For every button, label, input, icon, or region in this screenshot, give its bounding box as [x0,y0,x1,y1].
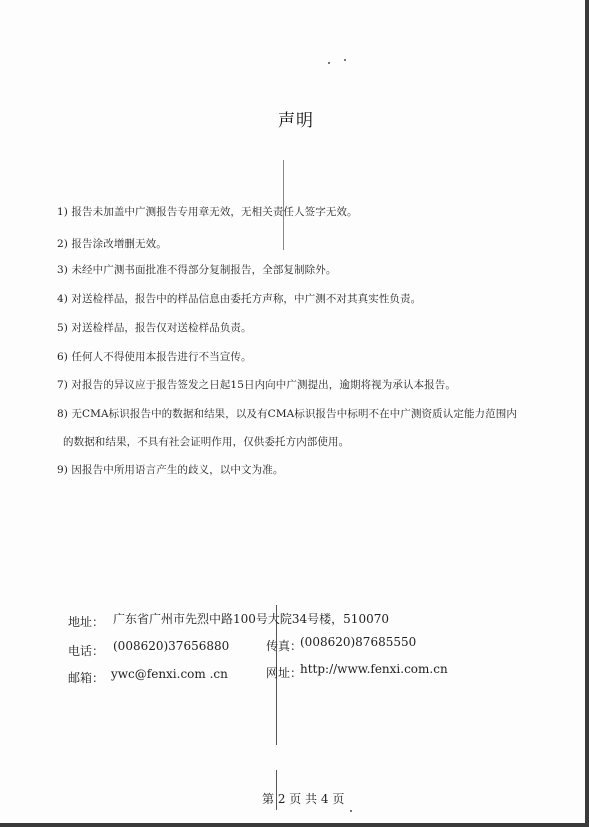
clause-5: 5) 对送检样品，报告仅对送检样品负责。 [57,320,252,335]
clause-9: 9) 因报告中所用语言产生的歧义，以中文为准。 [57,462,283,477]
clause-7: 7) 对报告的异议应于报告签发之日起15日内向中广测提出，逾期将视为承认本报告。 [57,377,456,392]
page-indicator: 第 2 页 共 4 页 [262,790,344,807]
address-label: 地址： [68,613,104,630]
clause-1: 1) 报告未加盖中广测报告专用章无效，无相关责任人签字无效。 [57,204,358,219]
clause-4: 4) 对送检样品，报告中的样品信息由委托方声称，中广测不对其真实性负责。 [57,291,421,306]
clause-8-continued: 的数据和结果，不具有社会证明作用，仅供委托方内部使用。 [63,434,349,449]
phone-value: (008620)37656880 [113,639,229,653]
scan-speck [328,62,330,64]
clause-8: 8) 无CMA标识报告中的数据和结果，以及有CMA标识报告中标明不在中广测资质认… [57,406,517,421]
address-value: 广东省广州市先烈中路100号大院34号楼，510070 [113,610,389,627]
website-value: http://www.fenxi.com.cn [300,662,448,676]
email-value: ywc@fenxi.com .cn [111,667,228,681]
scan-speck [350,810,352,812]
fax-label: 传真： [266,637,302,654]
email-label: 邮箱： [68,669,104,686]
scan-speck [344,59,346,61]
document-title: 声明 [278,106,314,131]
phone-label: 电话： [68,642,104,659]
clause-6: 6) 任何人不得使用本报告进行不当宣传。 [57,349,252,364]
clause-3: 3) 未经中广测书面批准不得部分复制报告，全部复制除外。 [57,262,336,277]
document-page: 声明 1) 报告未加盖中广测报告专用章无效，无相关责任人签字无效。 2) 报告涂… [0,0,589,827]
clause-2: 2) 报告涂改增删无效。 [57,236,167,251]
fax-value: (008620)87685550 [300,635,416,649]
website-label: 网址： [266,664,302,681]
